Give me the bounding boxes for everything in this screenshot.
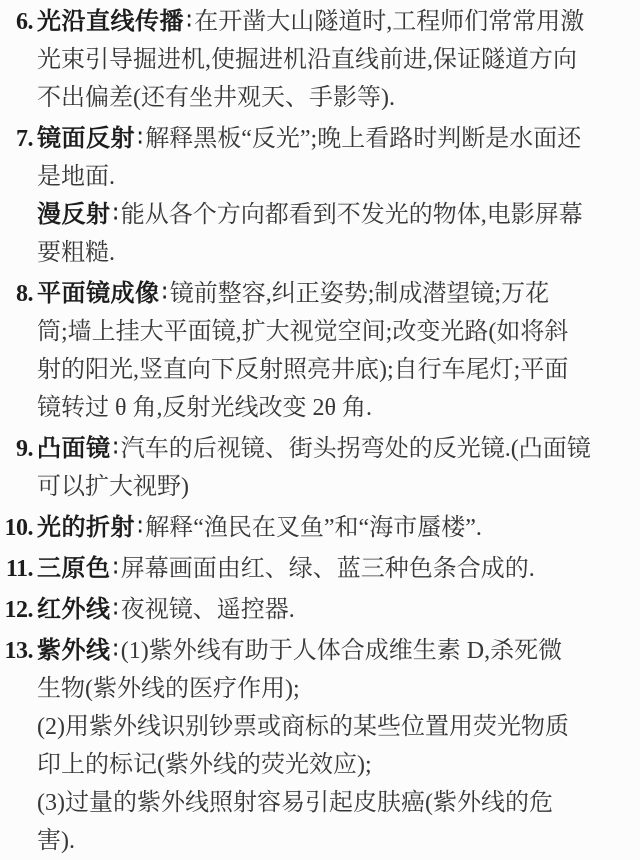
item-term: 紫外线 <box>37 637 111 664</box>
list-item-10: 10. 光的折射∶解释“渔民在叉鱼”和“海市蜃楼”. <box>0 509 636 547</box>
term-colon: ∶ <box>184 9 194 35</box>
item-number: 6. <box>0 3 33 41</box>
item-term: 平面镜成像 <box>37 280 160 307</box>
item-term: 红外线 <box>37 596 111 623</box>
term-colon: ∶ <box>160 281 170 307</box>
item-number: 7. <box>0 120 33 158</box>
item-text: (3)过量的紫外线照射容易引起皮肤癌(紫外线的危 害). <box>37 790 553 854</box>
term-colon: ∶ <box>111 638 121 664</box>
item-number: 9. <box>0 430 33 468</box>
term-colon: ∶ <box>111 202 121 228</box>
term-colon: ∶ <box>111 556 121 582</box>
item-paragraph: 凸面镜∶汽车的后视镜、街头拐弯处的反光镜.(凸面镜 可以扩大视野) <box>37 430 636 506</box>
item-paragraph: (3)过量的紫外线照射容易引起皮肤癌(紫外线的危 害). <box>37 784 636 860</box>
item-paragraph: (2)用紫外线识别钞票或商标的某些位置用荧光物质 印上的标记(紫外线的荧光效应)… <box>37 708 636 784</box>
item-paragraph: 三原色∶屏幕画面由红、绿、蓝三种色条合成的. <box>37 550 636 588</box>
item-text: 夜视镜、遥控器. <box>121 597 295 623</box>
item-term: 光的折射 <box>37 514 135 541</box>
item-term: 三原色 <box>37 555 111 582</box>
item-paragraph: 镜面反射∶解释黑板“反光”;晚上看路时判断是水面还 是地面. <box>37 120 636 196</box>
item-paragraph: 光沿直线传播∶在开凿大山隧道时,工程师们常常用激 光束引导掘进机,使掘进机沿直线… <box>37 3 636 117</box>
item-paragraph: 光的折射∶解释“渔民在叉鱼”和“海市蜃楼”. <box>37 509 636 547</box>
item-text: (2)用紫外线识别钞票或商标的某些位置用荧光物质 印上的标记(紫外线的荧光效应)… <box>37 714 569 778</box>
list-item-7: 7. 镜面反射∶解释黑板“反光”;晚上看路时判断是水面还 是地面. 漫反射∶能从… <box>0 120 636 272</box>
term-colon: ∶ <box>111 436 121 462</box>
item-number: 13. <box>0 632 33 670</box>
item-paragraph: 漫反射∶能从各个方向都看到不发光的物体,电影屏幕 要粗糙. <box>37 196 636 272</box>
item-text: 汽车的后视镜、街头拐弯处的反光镜.(凸面镜 可以扩大视野) <box>37 436 591 500</box>
item-term: 漫反射 <box>37 201 111 228</box>
term-colon: ∶ <box>111 597 121 623</box>
item-number: 10. <box>0 509 33 547</box>
item-text: 解释“渔民在叉鱼”和“海市蜃楼”. <box>145 515 482 541</box>
list-item-6: 6. 光沿直线传播∶在开凿大山隧道时,工程师们常常用激 光束引导掘进机,使掘进机… <box>0 3 636 117</box>
list-item-8: 8. 平面镜成像∶镜前整容,纠正姿势;制成潜望镜;万花 筒;墙上挂大平面镜,扩大… <box>0 275 636 427</box>
list-item-12: 12. 红外线∶夜视镜、遥控器. <box>0 591 636 629</box>
item-number: 8. <box>0 275 33 313</box>
item-paragraph: 紫外线∶(1)紫外线有助于人体合成维生素 D,杀死微 生物(紫外线的医疗作用); <box>37 632 636 708</box>
item-term: 凸面镜 <box>37 435 111 462</box>
list-item-9: 9. 凸面镜∶汽车的后视镜、街头拐弯处的反光镜.(凸面镜 可以扩大视野) <box>0 430 636 506</box>
list-item-13: 13. 紫外线∶(1)紫外线有助于人体合成维生素 D,杀死微 生物(紫外线的医疗… <box>0 632 636 860</box>
item-term: 光沿直线传播 <box>37 8 184 35</box>
document-page: 6. 光沿直线传播∶在开凿大山隧道时,工程师们常常用激 光束引导掘进机,使掘进机… <box>0 0 640 860</box>
item-paragraph: 平面镜成像∶镜前整容,纠正姿势;制成潜望镜;万花 筒;墙上挂大平面镜,扩大视觉空… <box>37 275 636 427</box>
item-text: 屏幕画面由红、绿、蓝三种色条合成的. <box>121 556 535 582</box>
item-number: 12. <box>0 591 33 629</box>
item-number: 11. <box>0 550 33 588</box>
list-item-11: 11. 三原色∶屏幕画面由红、绿、蓝三种色条合成的. <box>0 550 636 588</box>
term-colon: ∶ <box>135 515 145 541</box>
item-term: 镜面反射 <box>37 125 135 152</box>
item-paragraph: 红外线∶夜视镜、遥控器. <box>37 591 636 629</box>
term-colon: ∶ <box>135 126 145 152</box>
